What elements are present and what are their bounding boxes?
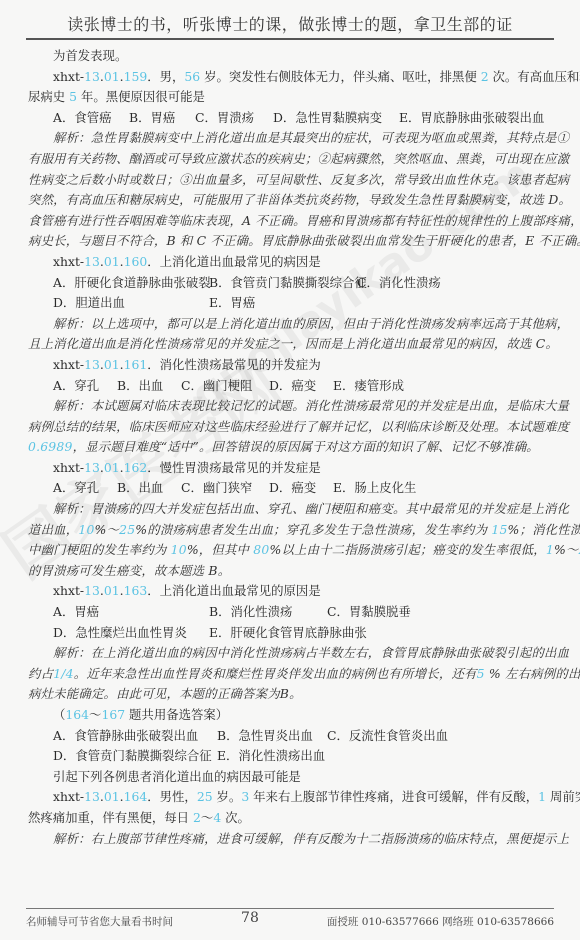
explanation-line: 有服用有关药物、酗酒或可导致应激状态的疾病史；②起病骤然，突然呕血、黑粪，可出现… [28,149,552,170]
text-run: 病史长，与题目不符合，B 和 C 不正确。胃底静脉曲张破裂出血常发生于肝硬化的患… [28,233,580,248]
text-run: 解析：本试题属对临床表现比较记忆的试题。消化性溃疡最常见的并发症是出血，是临床大… [53,398,569,413]
highlighted-number: 01 [104,357,120,372]
answer-option: B．出血 [117,478,181,499]
explanation-line: 解析：以上选项中，都可以是上消化道出血的原因，但由于消化性溃疡发病率远高于其他病… [28,314,552,335]
text-run: 突然，有高血压和糖尿病史，可能服用了非甾体类抗炎药物，导致发生急性胃黏膜病变，故… [28,192,571,207]
question-line: xhxt-13.01.161．消化性溃疡最常见的并发症为 [28,355,552,376]
answer-option: B．食管贲门黏膜撕裂综合征 [209,273,357,294]
explanation-line: 解析：急性胃黏膜病变中上消化道出血是其最突出的症状，可表现为呕血或黑粪，其特点是… [28,128,552,149]
highlighted-number: 13 [84,357,100,372]
footer-slogan: 名师辅导可节省您大量看书时间 [26,914,173,929]
text-run: %～ [554,542,579,557]
answer-option: D．急性糜烂出血性胃炎 [53,623,209,644]
text-run: 约占 [28,666,53,681]
question-line: 引起下列各例患者消化道出血的病因最可能是 [28,767,552,788]
highlighted-number: 160 [124,254,148,269]
highlighted-number: 01 [104,254,120,269]
header-title: 读张博士的书，听张博士的课，做张博士的题，拿卫生部的证 [67,15,513,34]
explanation-line: 解析：在上消化道出血的病因中消化性溃疡病占半数左右，食管胃底静脉曲张破裂引起的出… [28,643,552,664]
highlighted-number: 1/4 [53,666,74,681]
text-run: 尿病史 [28,89,69,104]
text-run: xhxt- [53,69,84,84]
answer-option: D．癌变 [269,478,333,499]
highlighted-number: 01 [104,460,120,475]
answer-options-row: A．穿孔B．出血C．幽门梗阻D．癌变E．瘘管形成 [28,376,552,397]
text-run: 的胃溃疡可发生癌变，故本题选 B。 [28,563,230,578]
answer-option: C．胃黏膜脱垂 [327,602,411,623]
text-run: 。近年来急性出血性胃炎和糜烂性胃炎伴发出血的病例也有所增长，还有 [74,666,477,681]
text-run: （ [53,707,65,722]
highlighted-number: 13 [84,254,100,269]
answer-options-row: A．食管静脉曲张破裂出血B．急性胃炎出血C．反流性食管炎出血 [28,726,552,747]
answer-option: C．幽门梗阻 [181,376,269,397]
text-run: 次。 [221,810,250,825]
answer-option: E．肠上皮化生 [333,478,416,499]
text-run: 解析：右上腹部节律性疼痛，进食可缓解，伴有反酸为十二指肠溃疡的临床特点，黑便提示… [53,831,569,846]
text-run: 解析：急性胃黏膜病变中上消化道出血是其最突出的症状，可表现为呕血或黑粪，其特点是… [53,130,569,145]
highlighted-number: 10 [171,542,187,557]
text-run: 中幽门梗阻的发生率约为 [28,542,171,557]
highlighted-number: 25 [197,789,213,804]
explanation-line: 病史长，与题目不符合，B 和 C 不正确。胃底静脉曲张破裂出血常发生于肝硬化的患… [28,231,552,252]
explanation-line: 性病变之后数小时或数日；③出血量多，可呈间歇性、反复多次，常导致出血性休克。该患… [28,170,552,191]
explanation-line: 病灶未能确定。由此可见，本题的正确答案为B。 [28,684,552,705]
highlighted-number: 25 [119,522,135,537]
text-run: ～ [201,810,213,825]
text-run: ．慢性胃溃疡最常见的并发症是 [147,460,320,475]
highlighted-number: 15 [491,522,507,537]
answer-option: D．急性胃黏膜病变 [273,108,399,129]
text-run: ．男性， [147,789,197,804]
text-run: % 左右病例的出血 [485,666,580,681]
answer-option: A．穿孔 [53,376,117,397]
answer-option: C．胃溃疡 [195,108,273,129]
text-run: 年。黑便原因很可能是 [77,89,205,104]
answer-options-row: A．食管癌B．胃癌C．胃溃疡D．急性胃黏膜病变E．胃底静脉曲张破裂出血 [28,108,552,129]
highlighted-number: 162 [124,460,148,475]
explanation-line: 约占1/4。近年来急性出血性胃炎和糜烂性胃炎伴发出血的病例也有所增长，还有5 %… [28,664,552,685]
question-line: 然疼痛加重，伴有黑便，每日 2～4 次。 [28,808,552,829]
text-run: 食管癌有进行性吞咽困难等临床表现，A 不正确。胃癌和胃溃疡都有特征性的规律性的上… [28,213,580,228]
page-footer: 名师辅导可节省您大量看书时间 78 面授班 010-63577666 网络班 0… [26,908,554,929]
highlighted-number: 0.6989 [28,439,73,454]
highlighted-number: 13 [84,69,100,84]
text-run: 且上消化道出血是消化性溃疡常见的并发症之一，因而是上消化道出血最常见的病因，故选… [28,336,558,351]
highlighted-number: 5 [69,89,77,104]
question-line: xhxt-13.01.164．男性，25 岁。3 年来右上腹部节律性疼痛，进食可… [28,787,552,808]
answer-option: B．胃癌 [129,108,195,129]
question-line: xhxt-13.01.160．上消化道出血最常见的病因是 [28,252,552,273]
text-run: 为首发表现。 [53,48,127,63]
highlighted-number: 5 [477,666,485,681]
text-run: 病例总结的结果，临床医师应对这些临床经验进行了解并记忆，以利临床诊断及处理。本试… [28,419,569,434]
highlighted-number: 164 [65,707,89,722]
text-run: 引起下列各例患者消化道出血的病因最可能是 [53,769,301,784]
footer-contact: 面授班 010-63577666 网络班 010-63578666 [327,914,554,929]
page-number: 78 [241,910,259,929]
text-run: %；消化性溃疡 [508,522,580,537]
text-run: ～ [89,707,101,722]
highlighted-number: 163 [124,583,148,598]
text-run: %～ [95,522,120,537]
text-run: 病灶未能确定。由此可见，本题的正确答案为B。 [28,686,302,701]
highlighted-number: 56 [184,69,200,84]
question-line: xhxt-13.01.163．上消化道出血最常见的原因是 [28,581,552,602]
answer-option: A．胃癌 [53,602,209,623]
highlighted-number: 10 [78,522,94,537]
explanation-line: 且上消化道出血是消化性溃疡常见的并发症之一，因而是上消化道出血最常见的病因，故选… [28,334,552,355]
text-run: xhxt- [53,789,84,804]
highlighted-number: 80 [253,542,269,557]
highlighted-number: 161 [124,357,148,372]
question-line: xhxt-13.01.162．慢性胃溃疡最常见的并发症是 [28,458,552,479]
text-run: 年来右上腹部节律性疼痛，进食可缓解，伴有反酸， [249,789,538,804]
answer-option: C．幽门狭窄 [181,478,269,499]
text-run: ．上消化道出血最常见的病因是 [147,254,320,269]
text-run: ．上消化道出血最常见的原因是 [147,583,320,598]
answer-option: E．消化性溃疡出血 [217,746,325,767]
highlighted-number: 13 [84,460,100,475]
text-run: 解析：胃溃疡的四大并发症包括出血、穿孔、幽门梗阻和癌变。其中最常见的并发症是上消… [53,501,569,516]
text-run: xhxt- [53,583,84,598]
text-run: xhxt- [53,460,84,475]
explanation-line: 的胃溃疡可发生癌变，故本题选 B。 [28,561,552,582]
highlighted-number: 13 [84,583,100,598]
answer-option: B．急性胃炎出血 [217,726,327,747]
text-run: ．消化性溃疡最常见的并发症为 [147,357,320,372]
highlighted-number: 2 [193,810,201,825]
answer-options-row: A．肝硬化食道静脉曲张破裂B．食管贲门黏膜撕裂综合征C．消化性溃疡 [28,273,552,294]
highlighted-number: 13 [84,789,100,804]
question-line: 为首发表现。 [28,46,552,67]
text-run: ．男， [147,69,184,84]
answer-options-row: A．胃癌B．消化性溃疡C．胃黏膜脱垂 [28,602,552,623]
highlighted-number: 01 [104,69,120,84]
answer-option: E．胃底静脉曲张破裂出血 [399,108,544,129]
answer-option: B．出血 [117,376,181,397]
explanation-line: 中幽门梗阻的发生率约为 10%，但其中 80%以上由十二指肠溃疡引起；癌变的发生… [28,540,552,561]
highlighted-number: 01 [104,583,120,598]
page-header: 读张博士的书，听张博士的课，做张博士的题，拿卫生部的证 [26,14,554,40]
question-line: 尿病史 5 年。黑便原因很可能是 [28,87,552,108]
highlighted-number: 159 [124,69,148,84]
highlighted-number: 164 [124,789,148,804]
answer-option: E．肝硬化食管胃底静脉曲张 [209,623,367,644]
highlighted-number: 01 [104,789,120,804]
answer-option: D．癌变 [269,376,333,397]
answer-option: A．食管静脉曲张破裂出血 [53,726,217,747]
answer-option: C．反流性食管炎出血 [327,726,448,747]
text-run: 然疼痛加重，伴有黑便，每日 [28,810,193,825]
text-run: %的溃疡病患者发生出血；穿孔多发生于急性溃疡，发生率约为 [135,522,491,537]
text-run: 解析：在上消化道出血的病因中消化性溃疡病占半数左右，食管胃底静脉曲张破裂引起的出… [53,645,569,660]
highlighted-number: 1 [546,542,554,557]
text-run: 有服用有关药物、酗酒或可导致应激状态的疾病史；②起病骤然，突然呕血、黑粪，可出现… [28,151,569,166]
explanation-line: 0.6989，显示题目难度“适中”。回答错误的原因属于对这方面的知识了解、记忆不… [28,437,552,458]
text-run: %，但其中 [187,542,253,557]
text-run: 题共用备选答案） [125,707,228,722]
explanation-line: 病例总结的结果，临床医师应对这些临床经验进行了解并记忆，以利临床诊断及处理。本试… [28,417,552,438]
answer-option: E．瘘管形成 [333,376,404,397]
answer-option: A．肝硬化食道静脉曲张破裂 [53,273,209,294]
highlighted-number: 2 [481,69,489,84]
explanation-line: 解析：胃溃疡的四大并发症包括出血、穿孔、幽门梗阻和癌变。其中最常见的并发症是上消… [28,499,552,520]
highlighted-number: 1 [538,789,546,804]
answer-option: C．消化性溃疡 [357,273,441,294]
text-run: 道出血， [28,522,78,537]
explanation-line: 突然，有高血压和糖尿病史，可能服用了非甾体类抗炎药物，导致发生急性胃黏膜病变，故… [28,190,552,211]
explanation-line: 解析：右上腹部节律性疼痛，进食可缓解，伴有反酸为十二指肠溃疡的临床特点，黑便提示… [28,829,552,850]
text-run: 性病变之后数小时或数日；③出血量多，可呈间歇性、反复多次，常导致出血性休克。该患… [28,172,569,187]
answer-options-row: D．急性糜烂出血性胃炎E．肝硬化食管胃底静脉曲张 [28,623,552,644]
answer-option: B．消化性溃疡 [209,602,327,623]
highlighted-number: 167 [101,707,125,722]
text-run: %以上由十二指肠溃疡引起；癌变的发生率很低， [269,542,545,557]
answer-option: E．胃癌 [209,293,255,314]
answer-options-row: D．胆道出血E．胃癌 [28,293,552,314]
question-line: xhxt-13.01.159．男，56 岁。突发性右侧肢体无力，伴头痛、呕吐，排… [28,67,552,88]
text-run: 解析：以上选项中，都可以是上消化道出血的原因，但由于消化性溃疡发病率远高于其他病… [53,316,569,331]
explanation-line: 食管癌有进行性吞咽困难等临床表现，A 不正确。胃癌和胃溃疡都有特征性的规律性的上… [28,211,552,232]
text-run: 周前突 [546,789,580,804]
text-run: xhxt- [53,254,84,269]
question-line: （164～167 题共用备选答案） [28,705,552,726]
answer-options-row: A．穿孔B．出血C．幽门狭窄D．癌变E．肠上皮化生 [28,478,552,499]
answer-option: A．穿孔 [53,478,117,499]
explanation-line: 道出血，10%～25%的溃疡病患者发生出血；穿孔多发生于急性溃疡，发生率约为 1… [28,520,552,541]
answer-options-row: D．食管贲门黏膜撕裂综合征E．消化性溃疡出血 [28,746,552,767]
text-run: ，显示题目难度“适中”。回答错误的原因属于对这方面的知识了解、记忆不够准确。 [73,439,539,454]
answer-option: D．食管贲门黏膜撕裂综合征 [53,746,217,767]
explanation-line: 解析：本试题属对临床表现比较记忆的试题。消化性溃疡最常见的并发症是出血，是临床大… [28,396,552,417]
text-run: 次。有高血压和糖 [489,69,580,84]
answer-option: D．胆道出血 [53,293,209,314]
text-run: 岁。突发性右侧肢体无力，伴头痛、呕吐，排黑便 [200,69,480,84]
answer-option: A．食管癌 [53,108,129,129]
text-run: 岁。 [213,789,242,804]
page-content: 为首发表现。xhxt-13.01.159．男，56 岁。突发性右侧肢体无力，伴头… [28,46,552,849]
text-run: xhxt- [53,357,84,372]
